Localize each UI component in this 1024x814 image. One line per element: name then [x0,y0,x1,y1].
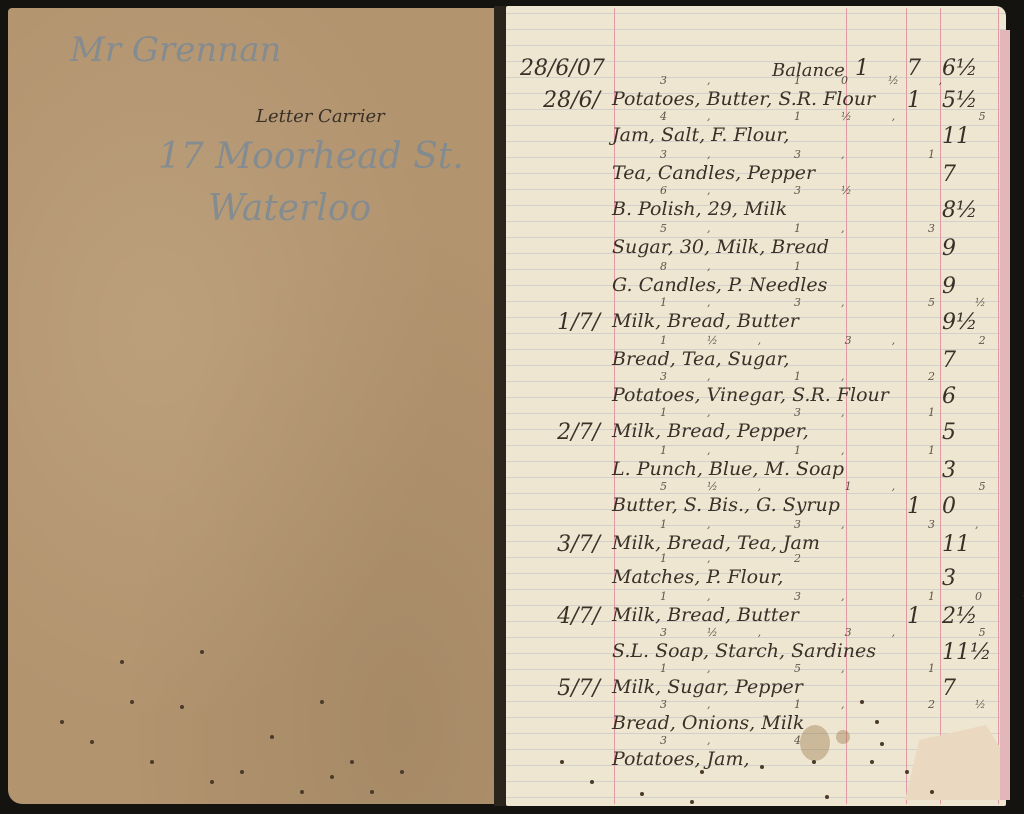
row-pence: 5 [942,420,992,445]
row-quantities: 5½, 1, 5½ [660,480,1024,493]
row-items: Bread, Tea, Sugar, [612,348,852,370]
cover-town: Waterloo [208,188,371,229]
row-items: Butter, S. Bis., G. Syrup [612,494,852,516]
cover-street: 17 Moorhead St. [158,136,464,177]
row-pence: 0 [942,494,992,519]
foxing-spot [875,720,879,724]
row-pence: 9 [942,236,992,261]
row-quantities: 3, 3, 1 [660,148,975,161]
row-shillings: 1 [900,494,928,519]
row-quantities: 1½, 3, 2½ [660,334,1024,347]
foxing-spot [270,735,274,739]
row-items: Milk, Bread, Butter [612,604,852,626]
row-items: Jam, Salt, F. Flour, [612,124,852,146]
row-items: B. Polish, 29, Milk [612,198,852,220]
balance-date: 28/6/07 [520,56,600,81]
foxing-spot [400,770,404,774]
row-pence: 9½ [942,310,992,335]
foxing-spot [320,700,324,704]
row-quantities: 1, 1, 1 [660,444,975,457]
row-pence: 3 [942,566,992,591]
foxing-spot [825,795,829,799]
foxing-spot [150,760,154,764]
cover-name: Mr Grennan [70,30,281,70]
row-pence: 11 [942,124,992,149]
row-quantities: 4, 1½, 5½ [660,110,1024,123]
row-quantities: 1, 3, 10½ [660,590,1024,603]
stain [800,725,830,761]
foxing-spot [640,792,644,796]
foxing-spot [560,760,564,764]
row-date: 4/7/ [520,604,600,629]
foxing-spot [200,650,204,654]
row-items: G. Candles, P. Needles [612,274,852,296]
row-items: Sugar, 30, Milk, Bread [612,236,852,258]
row-date: 1/7/ [520,310,600,335]
foxing-spot [880,742,884,746]
foxing-spot [60,720,64,724]
foxing-spot [130,700,134,704]
row-quantities: 1, 5, 1 [660,662,975,675]
foxing-spot [870,760,874,764]
stain [836,730,850,744]
foxing-spot [700,770,704,774]
foxing-spot [90,740,94,744]
row-quantities: 1, 3, 1 [660,406,975,419]
row-quantities: 6, 3½ [660,184,892,197]
foxing-spot [330,775,334,779]
row-quantities: 3½, 3, 5 [660,626,1024,639]
foxing-spot [210,780,214,784]
row-items: Milk, Bread, Tea, Jam [612,532,852,554]
row-pence: 11 [942,532,992,557]
row-quantities: 3, 1, 2½ [660,698,1024,711]
row-items: Milk, Sugar, Pepper [612,676,852,698]
page-edge [1000,30,1010,800]
row-items: Milk, Bread, Butter [612,310,852,332]
book-cover: Mr Grennan Letter Carrier 17 Moorhead St… [8,8,500,804]
row-items: Potatoes, Vinegar, S.R. Flour [612,384,852,406]
row-date: 5/7/ [520,676,600,701]
foxing-spot [370,790,374,794]
row-pence: 8½ [942,198,992,223]
cover-occupation: Letter Carrier [256,106,385,127]
foxing-spot [905,770,909,774]
foxing-spot [930,790,934,794]
row-items: Tea, Candles, Pepper [612,162,852,184]
row-date: 28/6/ [520,88,600,113]
foxing-spot [860,700,864,704]
row-items: S.L. Soap, Starch, Sardines [612,640,852,662]
row-quantities: 1, 3, 5½ [660,296,1024,309]
row-items: Potatoes, Butter, S.R. Flour [612,88,852,110]
row-quantities: 1, 3, 3, 4 [660,518,1024,531]
row-quantities: 8, 1 [660,260,841,273]
foxing-spot [300,790,304,794]
foxing-spot [690,800,694,804]
row-items: L. Punch, Blue, M. Soap [612,458,852,480]
row-quantities: 3, 10½, 4 [660,74,1024,87]
row-items: Milk, Bread, Pepper, [612,420,852,442]
row-items: Matches, P. Flour, [612,566,852,588]
row-date: 2/7/ [520,420,600,445]
foxing-spot [240,770,244,774]
foxing-spot [180,705,184,709]
foxing-spot [350,760,354,764]
row-date: 3/7/ [520,532,600,557]
foxing-spot [120,660,124,664]
row-pence: 7 [942,162,992,187]
row-quantities: 5, 1, 3 [660,222,975,235]
foxing-spot [590,780,594,784]
foxing-spot [812,760,816,764]
foxing-spot [760,765,764,769]
rule-right [998,8,999,804]
row-quantities: 3, 1, 2 [660,370,975,383]
row-quantities: 1, 2 [660,552,841,565]
